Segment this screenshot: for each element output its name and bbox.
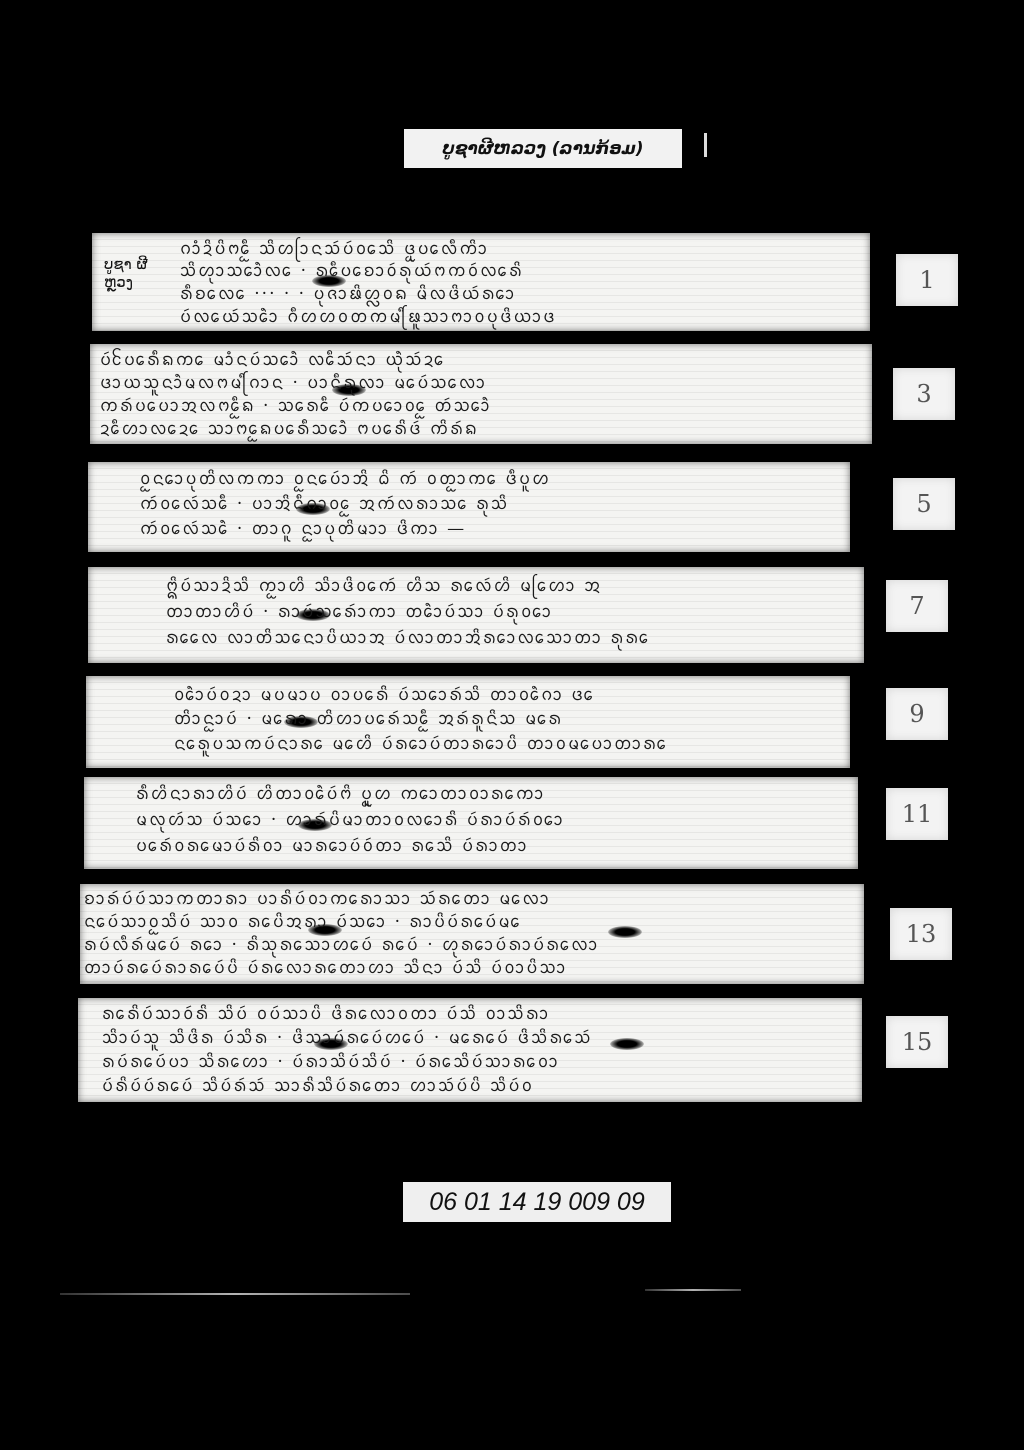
- catalog-id-label: 06 01 14 19 009 09: [403, 1182, 671, 1222]
- leaf-line: ᨠᩢᩅᩮᩃᩢᩈᩮᩫ · ᨲᩣᨣᩪ ᨶᩬᩣᨷᩩᨲᩦᨾᩣᩣ ᨴᩦᨠᩣ —: [140, 516, 850, 543]
- leaf-number-card-5: 5: [893, 478, 955, 530]
- palm-leaf-15: ᩁᩮᩁᩦᨷᩢᩈᩣᩅᩢᩁᩦ ᩈᩦᨷᩢ ᩅᨷᩢᩈᩣᨷᩦ ᨴᩦᩁᩮᩃᩣᩅᨲᩣ ᨷᩢᩈᩦ…: [78, 998, 862, 1102]
- leaf-line: ᨷᩢᩃᩮᨿᩢᩈᩮᩫᩣ ᨣᩥᩉᩉᩅᨲᨠᨾᩕᩥᨹᩪᩈᩣᨻᩣᩅᨷᩩᨴᩦᨿᩣᨴ: [180, 304, 870, 331]
- leaf-line: ᨲᩣᨷᩢᩁᩮᨷᩢᩁᩣᩁᩮᨷᩢᨷᩦ ᨷᩢᩁᩮᩃᩣᩁᩮᨲᩣᩉᩣ ᩈᩦᨶᩣ ᨷᩢᩈᩦ …: [84, 955, 864, 982]
- leaf-line: ᨷᩮᩁᩢᩅᩁᩮᨾᩣᨷᩢᩁᩦᩅᩣ ᨾᩣᩁᩮᩣᨷᩢᩅᩢᨲᩣ ᩁᩮᩈᩦ ᨷᩢᩁᩣᨲᩣ: [136, 833, 858, 860]
- palm-leaf-5: ᩅᩬᨶᩮᩣᨷᩩᨲᩦᩃᨠᨠᩣ ᩅᩬᨶᩮᨷᩢᩣᩋᩦ ᨵᩦ ᨠᩢ ᩅᨲᩬᩣᨠᩮ ᨴᩥᨷ…: [88, 462, 850, 552]
- leaf-number-card-9: 9: [886, 688, 948, 740]
- palm-leaf-9: ᩅᩮᩫᩣᨷᩢᩅᨯᩣ ᨾᨷᨾᩣᨷ ᩅᩣᨷᩮᩁᩦ ᨷᩢᩈᩮᩣᩁᩢᩈᩦ ᨲᩣᩅᩮᩫᨣᩣ…: [86, 676, 850, 768]
- leaf-line: ᨶᩮᩁᩪᨷᩈᨠᨷᩢᨶᩣᩁᩮ ᨾᩮᩉᩦ ᨷᩢᩁᩮᩣᨷᩢᨲᩣᩁᩮᩣᨷᩦ ᨲᩣᩅᨾᩮᨷ…: [174, 731, 850, 758]
- leaf-line: ᩁᩮᩁᩦᨷᩢᩈᩣᩅᩢᩁᩦ ᩈᩦᨷᩢ ᩅᨷᩢᩈᩣᨷᩦ ᨴᩦᩁᩮᩃᩣᩅᨲᩣ ᨷᩢᩈᩦ…: [102, 1001, 862, 1028]
- leaf-line: ᨠᩢᩅᩮᩃᩢᩈᩮᩥ · ᨷᩣᩋᩦᨶᩥᨣᩣᩅᩮᩬ ᩋᨠᩢᩃᩁᩣᩈᩮ ᩁᩩᩈᩦ: [140, 491, 850, 518]
- leaf-line: ᩅᩮᩫᩣᨷᩢᩅᨯᩣ ᨾᨷᨾᩣᨷ ᩅᩣᨷᩮᩁᩦ ᨷᩢᩈᩮᩣᩁᩢᩈᩦ ᨲᩣᩅᩮᩫᨣᩣ…: [174, 682, 850, 709]
- palm-leaf-3: ᨷᩢᩰᨷᩮᩁᩥᨦᨠᩮ ᨾᩣᩴᨶᨷᩢᩈᩮᩣᩫ ᩃᩮᩥᩈᩢᨶᩣ ᨿᩩᩫᩈᩢᨯᩮ ᨴᩣ…: [90, 344, 872, 444]
- palm-leaf-7: ᩍᩦᨷᩢᩈᩣᨯᩦᩈᩦ ᨠᩬᩣᩉᩦ ᩈᩦᩣᨴᩦᩅᩮᨠᩢ ᩉᩦᩈ ᩁᩮᩃᩢᩉᩦ ᨾᩕ…: [88, 567, 864, 663]
- leaf-line: ᩁᨷᩢᩁᩮᨷᩢᨷᩣ ᩈᩦᩁᩮᩉᩣ · ᨷᩢᩁᩣᩈᩦᨷᩢᩈᩦᨷᩢ · ᨷᩢᩁᩮᩈᩦ…: [102, 1049, 862, 1076]
- leaf-number-card-3: 3: [893, 368, 955, 420]
- leaf-line: ᩁᩮᩮᩃ ᩃᩣᨲᩦᩈᩮᨶᩣᨷᩦᨿᩣᩋ ᨷᩢᩃᩣᨲᩣᩋᩦᩁᩮᩣᩃᩮᩈᩣᨲᩣ ᩁᩩᩁ…: [166, 625, 864, 652]
- palm-leaf-13: ᨧᩣᩁᩢᨷᩢᨷᩢᩈᩣᨠᨲᩣᩁᩣ ᨷᩣᩁᩦᨷᩢᩅᩣᨠᩮᩁᩣᩈᩣ ᩈᩢᩁᩮᨲᩣ ᨾᩮ…: [80, 884, 864, 984]
- leaf-line: ᩍᩦᨷᩢᩈᩣᨯᩦᩈᩦ ᨠᩬᩣᩉᩦ ᩈᩦᩣᨴᩦᩅᩮᨠᩢ ᩉᩦᩈ ᩁᩮᩃᩢᩉᩦ ᨾᩕ…: [166, 573, 864, 600]
- leaf-line: ᨾᩃᩩᩉᩢᩈ ᨷᩢᩈᩮᩣ · ᩉᩣᩁᩢᨷᩦᨾᩣᨲᩣᩅᩃᩮᩣᩁᩦ ᨷᩢᩁᩣᨷᩢᩁᩢ…: [136, 807, 858, 834]
- leaf-line: ᨲᩣᨲᩣᩉᩦᨷᩢ · ᩁᩣᨷᩢᩈᩮᩁᩢᩣᨠᩣ ᨲᩮᩫᩣᨷᩢᩈᩣ ᨷᩢᩁᩩᩅᩮᩣ: [166, 599, 864, 626]
- leaf-line: ᩁᩥᩉᩦᨶᩣᩁᩣᩉᩦᨷᩢ ᩉᩦᨲᩣᩅᩮᩫᨷᩢᨻᩦ ᨷᩪᩬᩉ ᨠᩮᩣᨲᩣᩅᩣᩁᩮᨠ…: [136, 781, 858, 808]
- leaf-line: ᨲᩦᩣᨶᩬᩣᨷᩢ · ᨾᩮᩁᩣ ᨲᩦᩉᩣᨷᩮᩁᩢᩈᩮᩬᩥ ᩋᩁᩢᩁᩪᨶᩦᩈ ᨾᩮ…: [174, 706, 850, 733]
- leaf-margin-note: ບູຊາ ຜີຫຼວງ: [104, 255, 154, 291]
- tick-mark: [704, 133, 707, 157]
- leaf-number-card-15: 15: [886, 1016, 948, 1068]
- leaf-number-card-1: 1: [896, 254, 958, 306]
- title-label: ບູຊາຜີຫລວງ (ລານກ້ອມ): [404, 129, 682, 168]
- leaf-line: ᩈᩦᩣᨷᩢᩈᩪ ᩈᩦᨴᩦᩁ ᨷᩢᩈᩦᩁ · ᨴᩦᩈᩣᨷᩢᩁᩮᨷᩢᩉᩮᨷᩢ · ᨾ…: [102, 1025, 862, 1052]
- palm-leaf-1: ບູຊາ ຜີຫຼວງ ᨣᩣᩴᨯᩦᨷᩦᨻᩮᩬᩥ ᩈᩦᩉᩕᩣᨶᩈᩢᨷᩢᩅᩮᩈᩦ ᨴ…: [92, 233, 870, 331]
- scan-artifact-line: [60, 1293, 410, 1295]
- leaf-number-card-13: 13: [890, 908, 952, 960]
- leaf-number-card-7: 7: [886, 580, 948, 632]
- leaf-line: ᨷᩢᩁᩦᨷᩢᨷᩢᩁᩮᨷᩢ ᩈᩦᨷᩢᩁᩢᩈᩢ ᩈᩣᩁᩦᩈᩦᨷᩢᩁᩮᨲᩣ ᩉᩣᩈᩢᨷ…: [102, 1073, 862, 1100]
- scan-artifact-line: [645, 1289, 741, 1291]
- leaf-number-card-11: 11: [886, 788, 948, 840]
- palm-leaf-11: ᩁᩥᩉᩦᨶᩣᩁᩣᩉᩦᨷᩢ ᩉᩦᨲᩣᩅᩮᩫᨷᩢᨻᩦ ᨷᩪᩬᩉ ᨠᩮᩣᨲᩣᩅᩣᩁᩮᨠ…: [84, 777, 858, 869]
- leaf-line: ᩅᩬᨶᩮᩣᨷᩩᨲᩦᩃᨠᨠᩣ ᩅᩬᨶᩮᨷᩢᩣᩋᩦ ᨵᩦ ᨠᩢ ᩅᨲᩬᩣᨠᩮ ᨴᩥᨷ…: [140, 466, 850, 493]
- leaf-line: ᨯᩮᩥᩉᩣᩃᩮᨯᩮ ᩈᩣᨻᩮᩬᨦᨷᩮᩁᩥᩈᩮᩣᩫ ᨻᨷᩮᩁᩦᨴᩢ ᨠᩦᩁᩢᨦ: [100, 416, 872, 443]
